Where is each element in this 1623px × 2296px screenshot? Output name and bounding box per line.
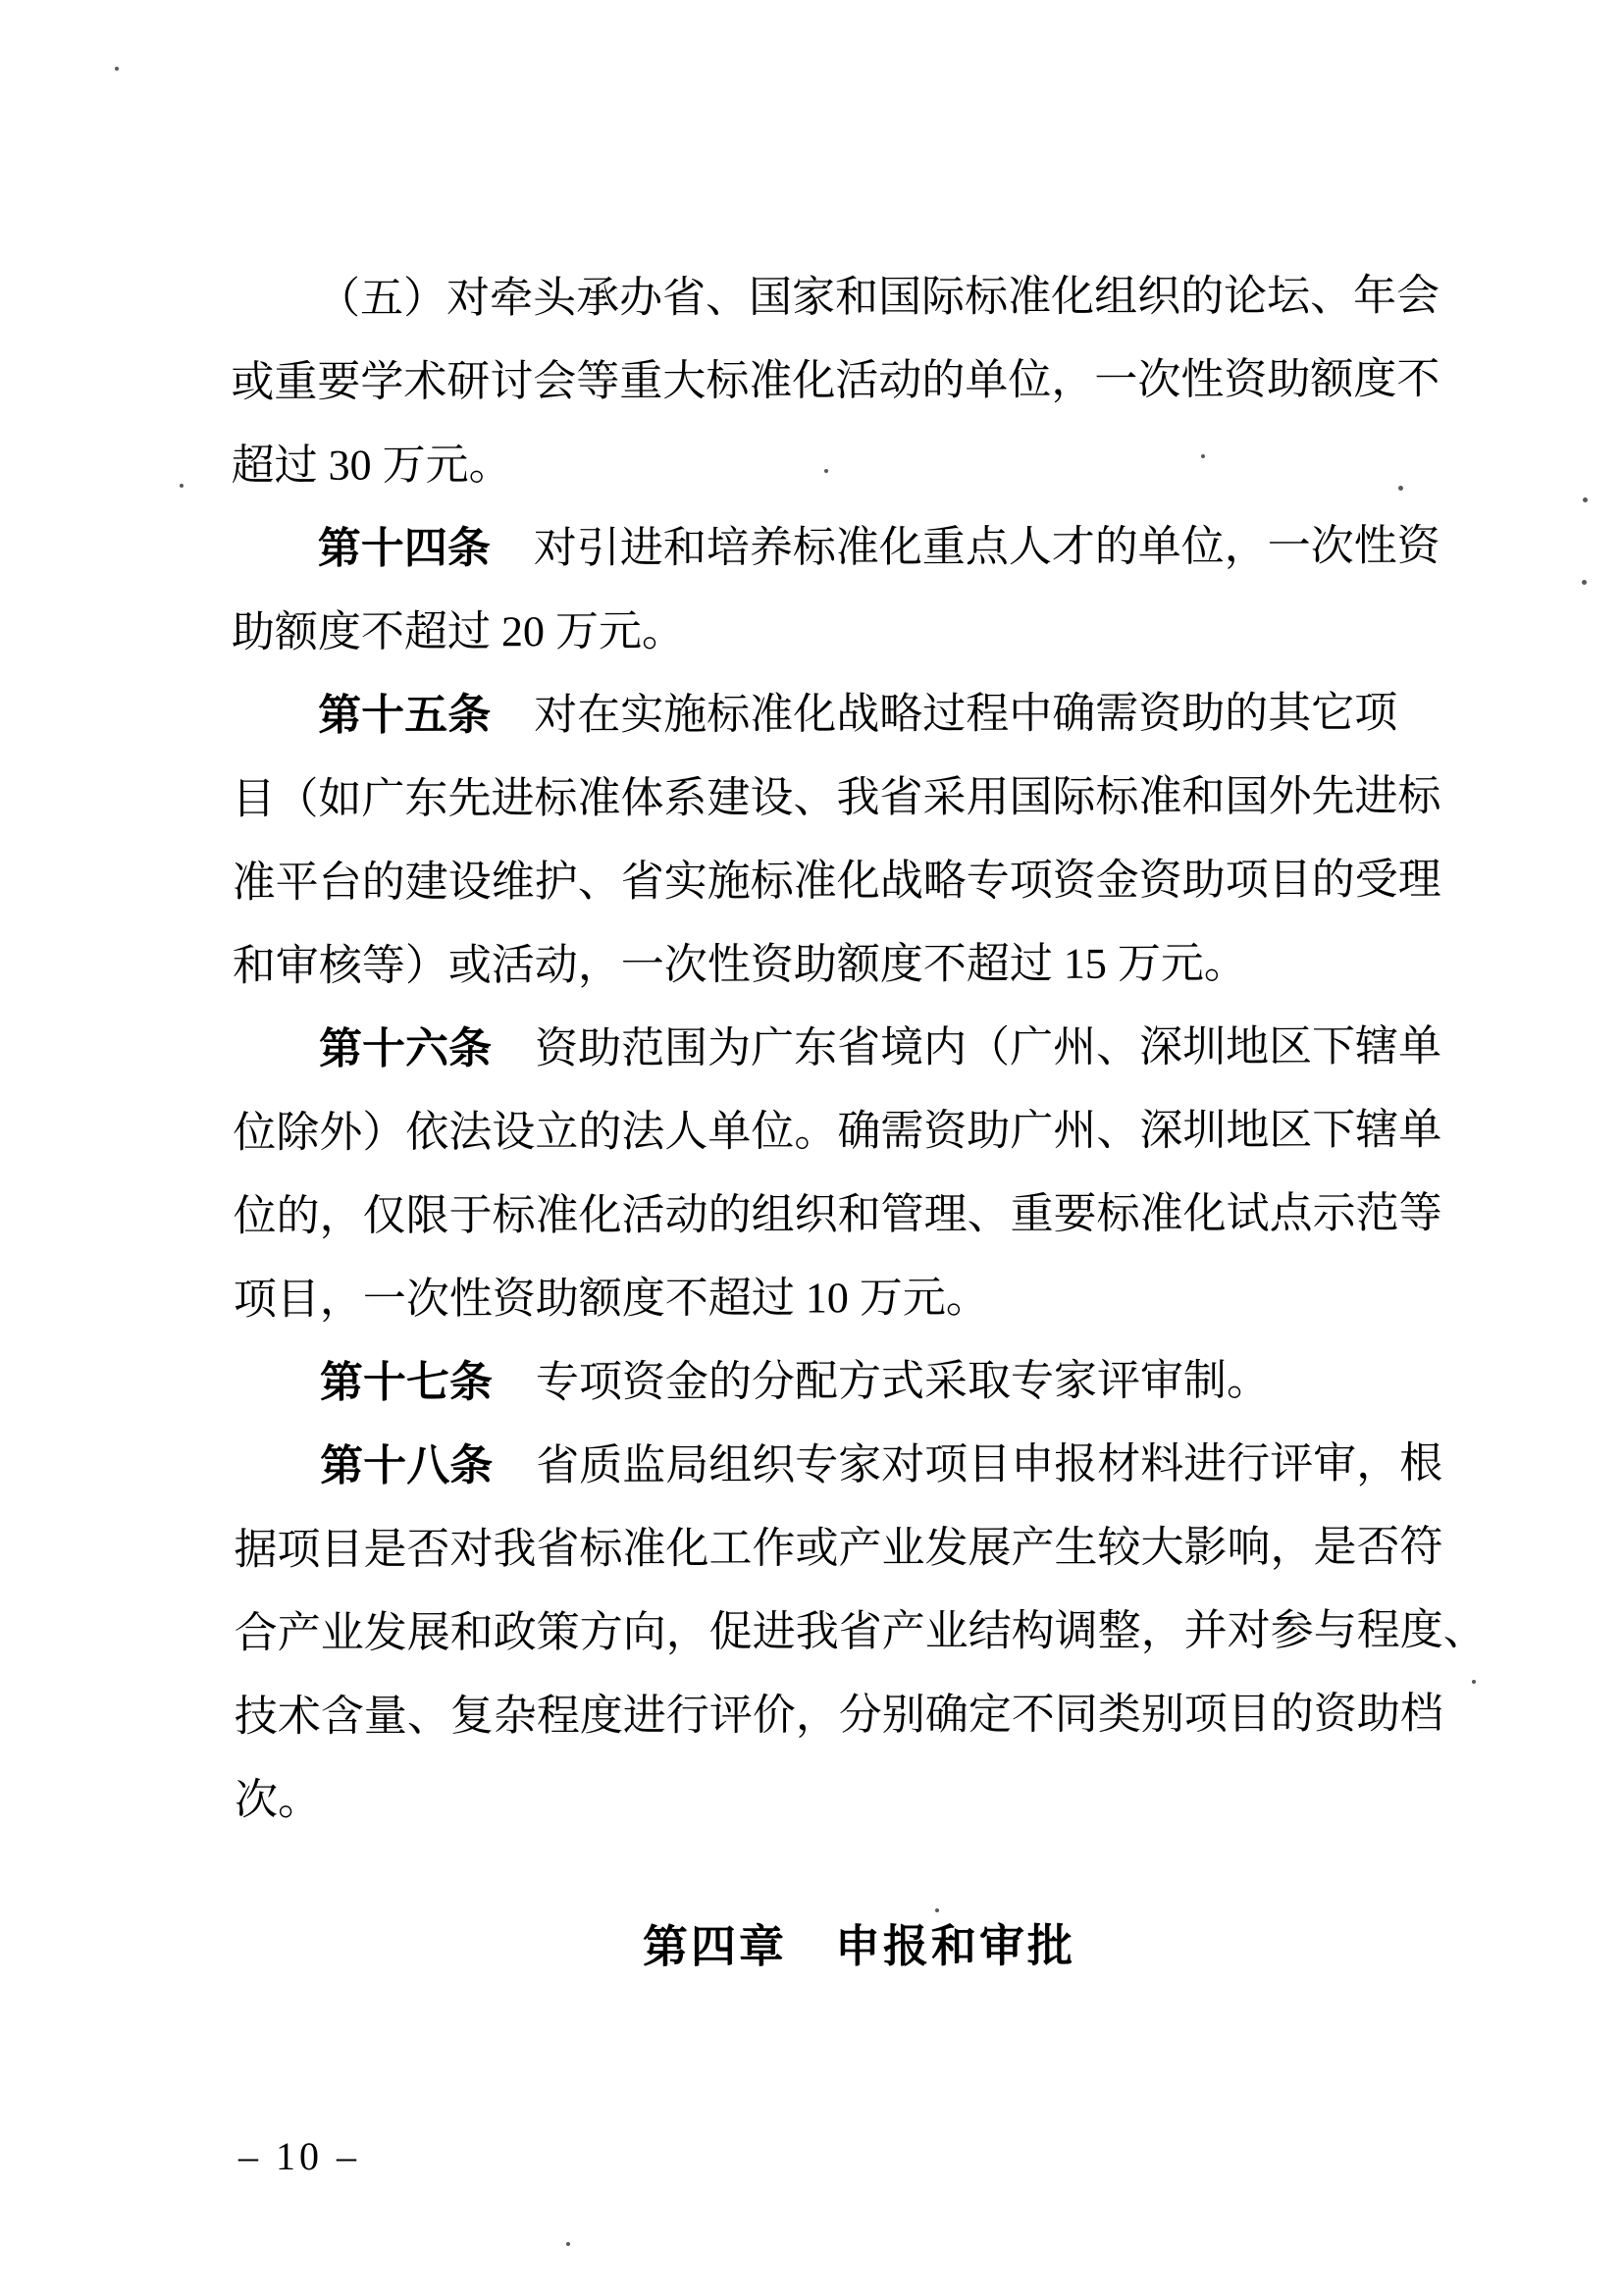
text-line: （五）对牵头承办省、国家和国际标准化组织的论坛、年会 [231, 254, 1479, 340]
text-line: 准平台的建设维护、省实施标准化战略专项资金资助项目的受理 [233, 838, 1481, 924]
text-line: 第十六条 资助范围为广东省境内（广州、深圳地区下辖单 [233, 1005, 1481, 1091]
text-line: 合产业发展和政策方向，促进我省产业结构调整，并对参与程度、 [235, 1589, 1483, 1675]
scan-speck [1472, 1680, 1476, 1684]
text-line: 助额度不超过 20 万元。 [232, 588, 1480, 674]
scan-speck [115, 67, 119, 71]
text-line: 技术含量、复杂程度进行评价，分别确定不同类别项目的资助档 [235, 1672, 1483, 1758]
article-number: 第十六条 [319, 1024, 492, 1072]
scan-speck [935, 1908, 939, 1912]
scan-speck [180, 484, 183, 488]
text-line: 目（如广东先进标准体系建设、我省采用国际标准和国外先进标 [232, 755, 1480, 841]
scanned-document-page: （五）对牵头承办省、国家和国际标准化组织的论坛、年会或重要学术研讨会等重大标准化… [0, 0, 1623, 2296]
article-number: 第十八条 [320, 1441, 493, 1489]
scan-speck [566, 2242, 570, 2246]
text-line: 超过 30 万元。 [231, 421, 1479, 507]
text-line: 项目，一次性资助额度不超过 10 万元。 [234, 1255, 1482, 1341]
scan-speck [1398, 486, 1403, 491]
article-number: 第十四条 [318, 524, 491, 572]
text-line: 第十七条 专项资金的分配方式采取专家评审制。 [234, 1338, 1482, 1425]
text-line: 和审核等）或活动，一次性资助额度不超过 15 万元。 [233, 921, 1481, 1008]
scan-speck [1583, 497, 1588, 502]
scan-speck [1582, 580, 1587, 585]
text-line: 据项目是否对我省标准化工作或产业发展产生较大影响，是否符 [234, 1505, 1482, 1592]
article-number: 第十七条 [320, 1358, 493, 1406]
scan-speck [1201, 454, 1205, 458]
text-line: 位的，仅限于标准化活动的组织和管理、重要标准化试点示范等 [233, 1172, 1481, 1258]
scan-speck [824, 469, 828, 473]
article-number: 第十五条 [318, 691, 491, 739]
text-line: 第十五条 对在实施标准化战略过程中确需资助的其它项 [232, 671, 1480, 757]
text-line: 第十四条 对引进和培养标准化重点人才的单位，一次性资 [232, 504, 1480, 591]
page-number: – 10 – [238, 2127, 360, 2186]
text-line: 或重要学术研讨会等重大标准化活动的单位，一次性资助额度不 [231, 338, 1479, 424]
text-line: 次。 [235, 1755, 1483, 1842]
document-body: （五）对牵头承办省、国家和国际标准化组织的论坛、年会或重要学术研讨会等重大标准化… [231, 254, 1484, 1991]
text-line: 位除外）依法设立的法人单位。确需资助广州、深圳地区下辖单 [233, 1088, 1481, 1174]
chapter-heading: 第四章 申报和审批 [235, 1904, 1483, 1991]
text-line: 第十八条 省质监局组织专家对项目申报材料进行评审，根 [234, 1422, 1482, 1508]
